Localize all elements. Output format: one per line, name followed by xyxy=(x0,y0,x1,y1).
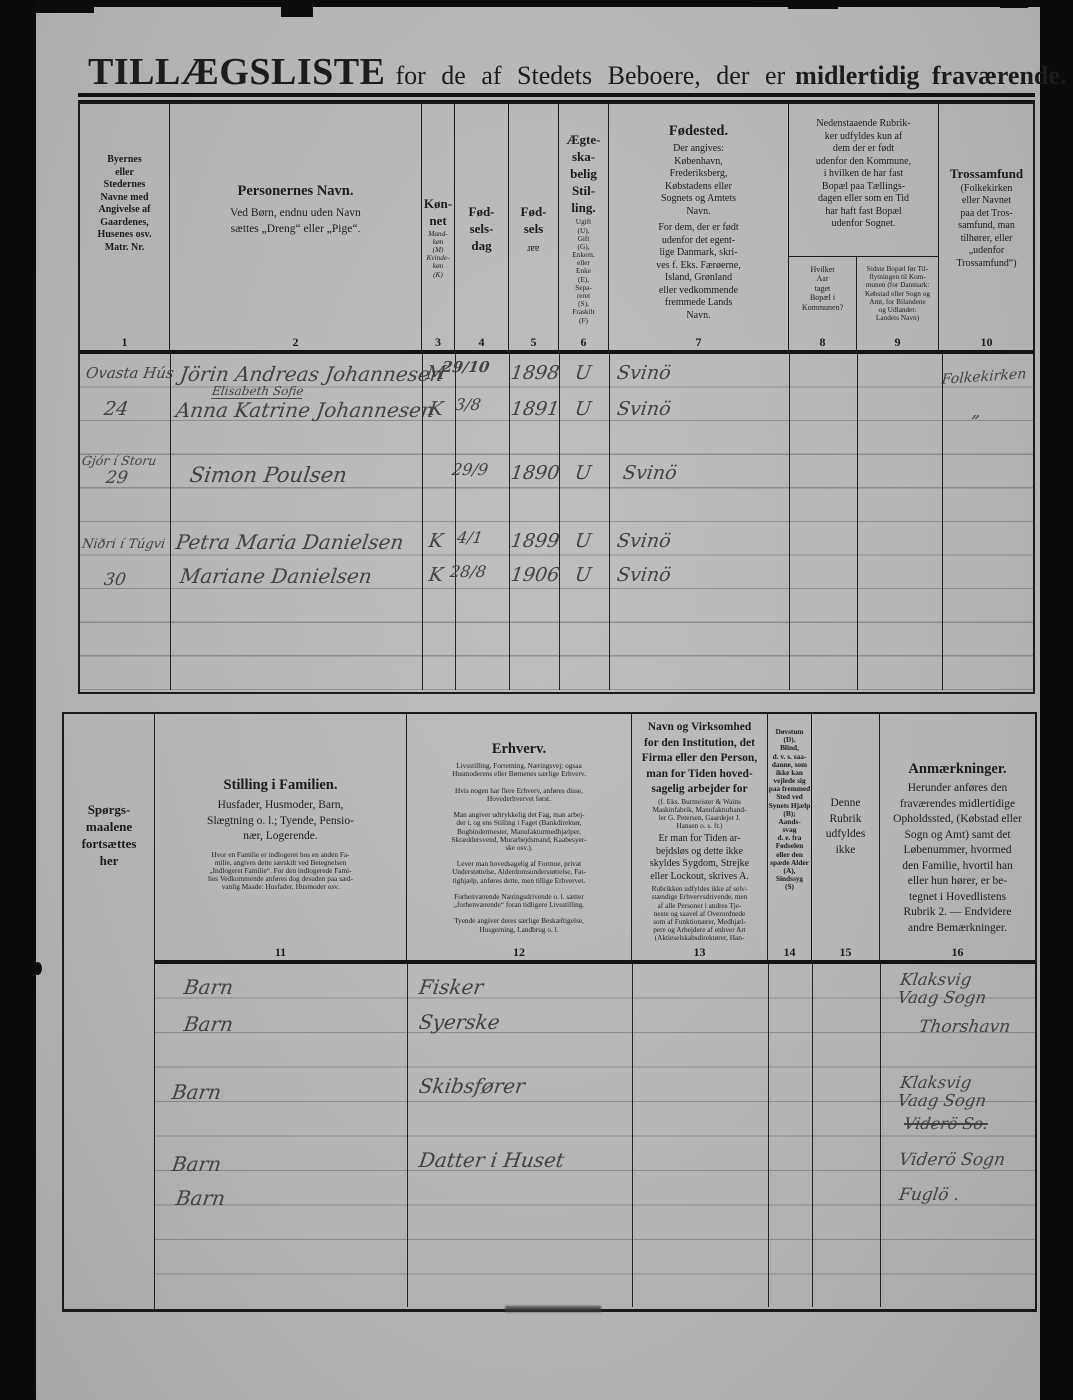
entry-birthyear: 1891 xyxy=(508,400,563,420)
header-birthday: Fød- sels- dag xyxy=(455,104,509,332)
entry-marital: U xyxy=(561,400,606,420)
entry-marital: U xyxy=(561,532,606,552)
table2-right: Stilling i Familien. Husfader, Husmoder,… xyxy=(155,714,1035,1309)
entry-birthplace: Svinö xyxy=(616,532,672,552)
header-place: Byernes eller Stedernes Navne med Angive… xyxy=(80,104,170,332)
header-family-title: Stilling i Familien. xyxy=(155,776,406,794)
table-absent-persons-bottom: Spørgs- maalene fortsættes her Stilling … xyxy=(62,712,1037,1312)
col-num: 15 xyxy=(812,942,880,962)
table1-number-row: 1 2 3 4 5 6 7 8 9 10 xyxy=(80,332,1033,354)
col-num: 8 xyxy=(789,332,857,352)
header-marital-sub: Ugift (U), Gift (G), Enkem. eller Enke (… xyxy=(559,218,608,324)
header-last-residence: Sidste Bopæl før Til- flytningen til Kom… xyxy=(857,257,938,332)
header-name-title: Personernes Navn. xyxy=(170,182,421,200)
entry-place: Gjór í Storu xyxy=(81,454,157,467)
col-num: 5 xyxy=(509,332,559,352)
entry-name: Mariane Danielsen xyxy=(179,566,374,587)
col-num: 3 xyxy=(422,332,455,352)
header-occupation-title: Erhverv. xyxy=(407,740,631,758)
header-residence-sub: Hvilket Aar taget Bopæl i Kommunen? Sids… xyxy=(789,256,938,332)
header-employer-tiny2: Rubrikken udfyldes ikke af selv- stændig… xyxy=(632,885,767,942)
scanned-census-page: { "document": { "title_main": "TILLÆGSLI… xyxy=(0,0,1073,1400)
entry-birthday: 28/8 xyxy=(449,564,487,581)
header-birthplace-title: Fødested. xyxy=(609,122,788,140)
entry-birthday: 29/9 xyxy=(451,462,489,479)
scan-smudge xyxy=(788,0,838,9)
entry-occupation: Syerske xyxy=(418,1012,502,1033)
entry-remark-struck: Viderö So. xyxy=(903,1116,989,1133)
entry-sex: K xyxy=(417,400,456,420)
scan-left-border xyxy=(0,0,36,1400)
header-marital-title: Ægte- ska- belig Stil- ling. xyxy=(559,132,608,216)
header-not-filled-text: Denne Rubrik udfyldes ikke xyxy=(812,796,879,858)
scan-smudge xyxy=(1000,0,1028,8)
header-remarks: Anmærkninger. Herunder anføres den fravæ… xyxy=(880,714,1035,942)
entry-name: Simon Poulsen xyxy=(188,464,348,486)
header-birthplace-sub: Der angives: København, Frederiksberg, K… xyxy=(609,143,788,218)
header-year-moved: Hvilket Aar taget Bopæl i Kommunen? xyxy=(789,257,857,332)
header-sex-title: Køn- net xyxy=(422,196,454,230)
questions-continue-label-cell: Spørgs- maalene fortsættes her xyxy=(64,714,155,1309)
header-not-filled: Denne Rubrik udfyldes ikke xyxy=(812,714,880,942)
col-num: 10 xyxy=(939,332,1034,352)
entry-birthday: 29/10 xyxy=(441,360,490,376)
column-divider xyxy=(407,964,408,1307)
column-divider xyxy=(857,354,858,690)
col-num: 9 xyxy=(857,332,939,352)
col-num: 7 xyxy=(609,332,789,352)
header-marital: Ægte- ska- belig Stil- ling. Ugift (U), … xyxy=(559,104,609,332)
scan-right-border xyxy=(1040,0,1073,1400)
entry-name: Jörin Andreas Johannesen xyxy=(179,364,445,385)
table2-body xyxy=(155,964,1035,1307)
header-employer-tiny1: (f. Eks. Burmeister & Wains Maskinfabrik… xyxy=(632,798,767,831)
entry-birthplace: Svinö xyxy=(616,400,672,420)
entry-birthyear: 1890 xyxy=(508,464,563,484)
header-family-sub: Husfader, Husmoder, Barn, Slægtning o. l… xyxy=(155,798,406,845)
entry-family: Barn xyxy=(183,1014,235,1035)
header-employer: Navn og Virksomhed for den Institution, … xyxy=(632,714,768,942)
entry-place: Niðri í Túgvi xyxy=(81,538,166,552)
scan-smudge xyxy=(281,0,313,17)
entry-remark: Fuglö . xyxy=(898,1187,961,1205)
header-birthday-title: Fød- sels- dag xyxy=(455,204,508,255)
entry-remark: Klaksvig Vaag Sogn xyxy=(896,971,989,1007)
entry-birthplace: Svinö xyxy=(622,464,678,484)
column-divider xyxy=(170,354,171,690)
scan-top-border xyxy=(36,0,1040,7)
entry-family: Barn xyxy=(171,1154,223,1175)
entry-birthday: 3/8 xyxy=(454,397,482,414)
header-sex-sub: Mand- køn (M) Kvinde- køn (K) xyxy=(422,230,454,279)
questions-continue-label: Spørgs- maalene fortsættes her xyxy=(64,802,154,870)
column-divider xyxy=(812,964,813,1307)
entry-place: 30 xyxy=(103,572,127,590)
col-num: 6 xyxy=(559,332,609,352)
entry-birthyear: 1898 xyxy=(508,364,563,384)
col-num: 4 xyxy=(455,332,509,352)
entry-birthyear: 1899 xyxy=(508,532,563,552)
col-num: 12 xyxy=(407,942,632,962)
entry-place: 24 xyxy=(103,400,130,420)
col-num: 16 xyxy=(880,942,1035,962)
column-divider xyxy=(942,354,943,690)
entry-marital: U xyxy=(561,566,606,586)
column-divider xyxy=(609,354,610,690)
entry-occupation: Skibsfører xyxy=(418,1076,527,1097)
entry-remark: Thorshavn xyxy=(918,1019,1012,1037)
margin-dot xyxy=(33,962,42,975)
col-num: 2 xyxy=(170,332,422,352)
entry-name: Petra Maria Danielsen xyxy=(175,532,405,553)
entry-birthday: 4/1 xyxy=(456,530,484,547)
table2-number-row: 11 12 13 14 15 16 xyxy=(155,942,1035,964)
entry-name: Anna Katrine Johannesen xyxy=(175,400,436,421)
header-faith-title: Trossamfund xyxy=(939,166,1034,183)
header-name: Personernes Navn. Ved Børn, endnu uden N… xyxy=(170,104,422,332)
entry-birthplace: Svinö xyxy=(616,364,672,384)
table1-header: Byernes eller Stedernes Navne med Angive… xyxy=(80,104,1033,332)
column-divider xyxy=(789,354,790,690)
entry-place-number: 29 xyxy=(105,470,129,488)
col-num: 13 xyxy=(632,942,768,962)
printer-imprint xyxy=(505,1306,601,1312)
entry-birthplace: Svinö xyxy=(616,566,672,586)
header-employer-main2: Er man for Tiden ar- bejdsløs og dette i… xyxy=(632,833,767,883)
column-divider xyxy=(768,964,769,1307)
table-absent-persons-top: Byernes eller Stedernes Navne med Angive… xyxy=(78,102,1035,694)
header-faith: Trossamfund (Folkekirken eller Navnet pa… xyxy=(939,104,1034,332)
header-birthyear-aar: aar xyxy=(527,243,539,254)
col-num: 11 xyxy=(155,942,407,962)
entry-family: Barn xyxy=(171,1082,223,1103)
scan-smudge xyxy=(36,0,94,13)
header-birthyear-title: Fød- sels xyxy=(509,204,558,238)
entry-name-insert: Elisabeth Sofie xyxy=(211,385,304,399)
header-occupation: Erhverv. Livsstilling, Forretning, Nærin… xyxy=(407,714,632,942)
page-title: TILLÆGSLISTE for de af Stedets Beboere, … xyxy=(88,50,1020,94)
column-divider xyxy=(632,964,633,1307)
header-occupation-tiny: Livsstilling, Forretning, Næringsvej; og… xyxy=(407,762,631,942)
entry-birthyear: 1906 xyxy=(508,566,563,586)
header-faith-sub: (Folkekirken eller Navnet paa det Tros- … xyxy=(939,183,1034,271)
entry-remark: Viderö Sogn xyxy=(898,1152,1006,1170)
column-divider xyxy=(880,964,881,1307)
entry-occupation: Datter i Huset xyxy=(418,1150,566,1171)
entry-sex: K xyxy=(417,532,456,552)
header-family-position: Stilling i Familien. Husfader, Husmoder,… xyxy=(155,714,407,942)
col-num: 1 xyxy=(80,332,170,352)
entry-family: Barn xyxy=(183,977,235,998)
title-mid: for de af Stedets Beboere, der er xyxy=(395,61,785,91)
entry-marital: U xyxy=(561,364,606,384)
header-family-tiny: Hvor en Familie er indlogeret hos en and… xyxy=(155,851,406,892)
entry-family: Barn xyxy=(175,1188,227,1209)
header-name-sub: Ved Børn, endnu uden Navn sættes „Dreng“… xyxy=(170,206,421,237)
header-birthyear: Fød- sels aar xyxy=(509,104,559,332)
table2-header: Stilling i Familien. Husfader, Husmoder,… xyxy=(155,714,1035,942)
header-residence-group: Nedenstaaende Rubrik- ker udfyldes kun a… xyxy=(789,104,939,332)
header-disabilities-text: Døvstum (D). Blind, d. v. s. saa- danne,… xyxy=(768,728,811,891)
entry-remark: Klaksvig Vaag Sogn xyxy=(896,1074,989,1110)
header-birthplace: Fødested. Der angives: København, Freder… xyxy=(609,104,789,332)
title-divider xyxy=(78,93,1035,102)
entry-place: Ovasta Hús xyxy=(85,366,175,382)
col-num: 14 xyxy=(768,942,812,962)
header-remarks-title: Anmærkninger. xyxy=(880,760,1035,778)
entry-marital: U xyxy=(561,464,606,484)
header-sex: Køn- net Mand- køn (M) Kvinde- køn (K) xyxy=(422,104,455,332)
title-main: TILLÆGSLISTE xyxy=(88,50,385,94)
header-remarks-sub: Herunder anføres den fraværendes midlert… xyxy=(880,781,1035,936)
header-residence-note: Nedenstaaende Rubrik- ker udfyldes kun a… xyxy=(789,104,938,256)
header-birthplace-sub2: For dem, der er født udenfor det egent- … xyxy=(609,222,788,322)
entry-occupation: Fisker xyxy=(418,977,485,998)
title-end: midlertidig fraværende. xyxy=(795,61,1066,91)
header-employer-main: Navn og Virksomhed for den Institution, … xyxy=(632,720,767,798)
header-disabilities: Døvstum (D). Blind, d. v. s. saa- danne,… xyxy=(768,714,812,942)
